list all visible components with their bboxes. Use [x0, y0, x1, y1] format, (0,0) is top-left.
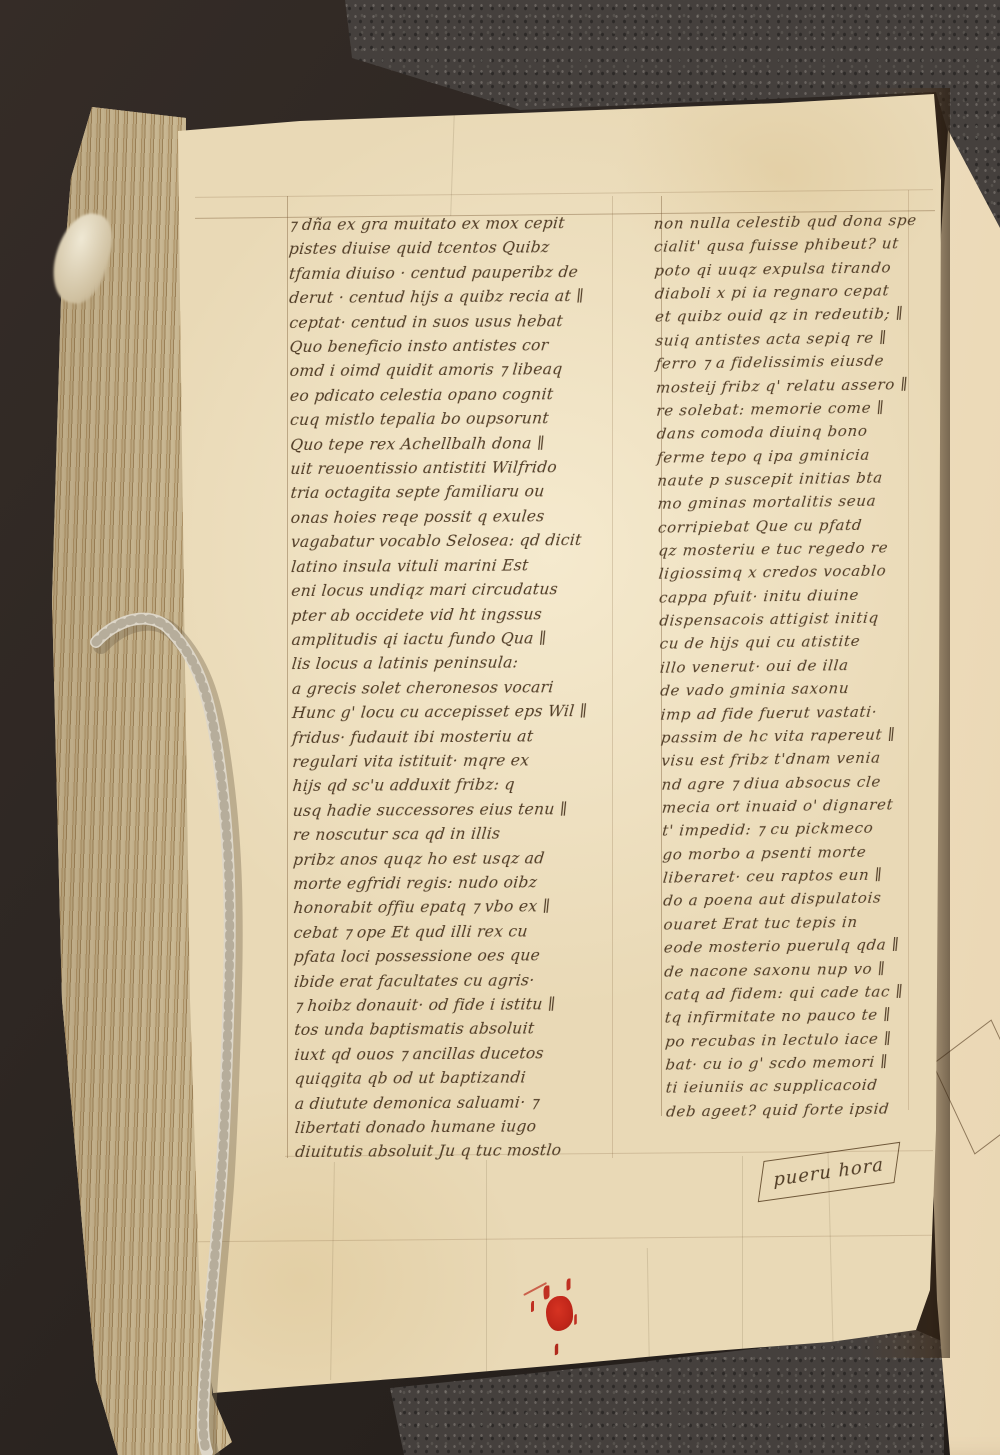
manuscript-line: amplitudis qi iactu fundo Qua ∥ [291, 630, 623, 648]
manuscript-line: cebat ⁊ ope Et qud illi rex cu [293, 923, 625, 941]
manuscript-line: re noscutur sca qd in illis [292, 825, 624, 843]
manuscript-line: tq infirmitate no pauco te ∥ [664, 1006, 920, 1026]
text-column-1: ⁊ dña ex gra muitato ex mox cepitpistes … [289, 215, 626, 1161]
manuscript-line: et quibz ouid qz in redeutib; ∥ [654, 306, 910, 326]
manuscript-line: visu est fribz t'dnam venia [661, 749, 917, 769]
manuscript-line: go morbo a psenti morte [662, 843, 918, 863]
manuscript-line: ouaret Erat tuc tepis in [663, 913, 919, 933]
manuscript-line: non nulla celestib qud dona spe [653, 212, 909, 232]
manuscript-line: de vado gminia saxonu [660, 679, 916, 699]
manuscript-line: re solebat: memorie come ∥ [656, 399, 912, 419]
manuscript-line: tria octagita septe familiaru ou [290, 483, 622, 501]
manuscript-line: Quo tepe rex Achellbalh dona ∥ [290, 435, 622, 453]
manuscript-line: illo venerut· oui de illa [659, 656, 915, 676]
manuscript-line: honorabit offiu epatq ⁊ vbo ex ∥ [293, 898, 625, 916]
ruling-col1-left [287, 196, 288, 1158]
manuscript-line: derut · centud hijs a quibz recia at ∥ [288, 288, 620, 306]
manuscript-line: a diutute demonica saluami· ⁊ [294, 1093, 626, 1111]
crease-1 [330, 1162, 335, 1380]
manuscript-line: quiqgita qb od ut baptizandi [294, 1069, 626, 1087]
manuscript-line: vagabatur vocablo Selosea: qd dicit [290, 532, 622, 550]
manuscript-line: libertati donado humane iugo [294, 1118, 626, 1136]
manuscript-line: imp ad fide fuerut vastati· [660, 703, 916, 723]
red-ink-splash [523, 1282, 547, 1296]
manuscript-line: ceptat· centud in suos usus hebat [289, 312, 621, 330]
manuscript-line: corripiebat Que cu pfatd [657, 516, 913, 536]
manuscript-line: usq hadie successores eius tenu ∥ [292, 801, 624, 819]
manuscript-line: regulari vita istituit· mqre ex [292, 752, 624, 770]
manuscript-line: ⁊ hoibz donauit· od fide i istitu ∥ [293, 996, 625, 1014]
manuscript-line: eo pdicato celestia opano cognit [289, 386, 621, 404]
manuscript-line: pter ab occidete vid ht ingssus [291, 605, 623, 623]
crease-4 [742, 1156, 743, 1356]
manuscript-line: onas hoies reqe possit q exules [290, 508, 622, 526]
manuscript-line: a grecis solet cheronesos vocari [291, 679, 623, 697]
manuscript-line: mosteij fribz q' relatu assero ∥ [655, 376, 911, 396]
manuscript-line: naute p suscepit initias bta [657, 469, 913, 489]
manuscript-line: iuxt qd ouos ⁊ ancillas ducetos [294, 1045, 626, 1063]
manuscript-line: catq ad fidem: qui cade tac ∥ [664, 983, 920, 1003]
manuscript-line: latino insula vituli marini Est [290, 557, 622, 575]
text-column-2: non nulla celestib qud dona specialit' q… [654, 212, 922, 1119]
manuscript-line: diuitutis absoluit Ju q tuc mostlo [294, 1142, 626, 1160]
manuscript-line: tfamia diuiso · centud pauperibz de [288, 264, 620, 282]
manuscript-line: lis locus a latinis peninsula: [291, 654, 623, 672]
manuscript-line: ti ieiuniis ac supplicacoid [665, 1076, 921, 1096]
red-ink-spot [546, 1296, 573, 1331]
manuscript-line: pribz anos quqz ho est usqz ad [292, 849, 624, 867]
manuscript-line: deb ageet? quid forte ipsid [665, 1100, 921, 1120]
crease-top [450, 112, 455, 216]
manuscript-line: dispensacois attigist initiq [659, 609, 915, 629]
manuscript-line: uit reuoentissio antistiti Wilfrido [290, 459, 622, 477]
manuscript-line: ligiossimq x credos vocablo [658, 563, 914, 583]
photograph-of-open-manuscript: { "manuscript": { "script_style": "gothi… [0, 0, 1000, 1455]
manuscript-line: mecia ort inuaid o' dignaret [661, 796, 917, 816]
crease-2 [486, 1160, 487, 1382]
manuscript-line: po recubas in lectulo iace ∥ [664, 1030, 920, 1050]
manuscript-line: tos unda baptismatis absoluit [294, 1020, 626, 1038]
manuscript-line: de nacone saxonu nup vo ∥ [664, 960, 920, 980]
manuscript-line: omd i oimd quidit amoris ⁊ libeaq [289, 361, 621, 379]
manuscript-line: bat· cu io g' scdo memori ∥ [665, 1053, 921, 1073]
manuscript-line: cuq mistlo tepalia bo oupsorunt [289, 410, 621, 428]
manuscript-line: mo gminas mortalitis seua [657, 493, 913, 513]
marginal-label-text: pueru hora [773, 1154, 884, 1191]
manuscript-line: dans comoda diuinq bono [656, 422, 912, 442]
manuscript-line: cu de hijs qui cu atistite [659, 633, 915, 653]
manuscript-line: hijs qd sc'u adduxit fribz: q [292, 776, 624, 794]
manuscript-line: cappa pfuit· initu diuine [658, 586, 914, 606]
manuscript-line: morte egfridi regis: nudo oibz [293, 874, 625, 892]
ruling-top-faint [195, 189, 933, 198]
manuscript-line: ferro ⁊ a fidelissimis eiusde [655, 352, 911, 372]
manuscript-line: Hunc g' locu cu accepisset eps Wil ∥ [291, 703, 623, 721]
manuscript-line: ibide erat facultates cu agris· [293, 971, 625, 989]
manuscript-line: suiq antistes acta sepiq re ∥ [655, 329, 911, 349]
manuscript-line: qz mosteriu e tuc regedo re [658, 539, 914, 559]
manuscript-line: cialit' qusa fuisse phibeut? ut [653, 236, 909, 256]
manuscript-line: nd agre ⁊ diua absocus cle [661, 773, 917, 793]
manuscript-line: ferme tepo q ipa gminicia [656, 446, 912, 466]
manuscript-line: eni locus undiqz mari circudatus [291, 581, 623, 599]
manuscript-line: liberaret· ceu raptos eun ∥ [662, 866, 918, 886]
manuscript-line: poto qi uuqz expulsa tirando [654, 259, 910, 279]
manuscript-line: passim de hc vita rapereut ∥ [660, 726, 916, 746]
ruling-lower-margin [196, 1235, 932, 1242]
manuscript-line: Quo beneficio insto antistes cor [289, 337, 621, 355]
manuscript-line: diaboli x pi ia regnaro cepat [654, 282, 910, 302]
manuscript-line: fridus· fudauit ibi mosteriu at [292, 727, 624, 745]
manuscript-line: pfata loci possessione oes que [293, 947, 625, 965]
manuscript-line: eode mosterio puerulq qda ∥ [663, 936, 919, 956]
manuscript-line: pistes diuise quid tcentos Quibz [288, 239, 620, 257]
manuscript-line: do a poena aut dispulatois [663, 890, 919, 910]
manuscript-line: ⁊ dña ex gra muitato ex mox cepit [288, 215, 620, 233]
manuscript-line: t' impedid: ⁊ cu pickmeco [662, 820, 918, 840]
